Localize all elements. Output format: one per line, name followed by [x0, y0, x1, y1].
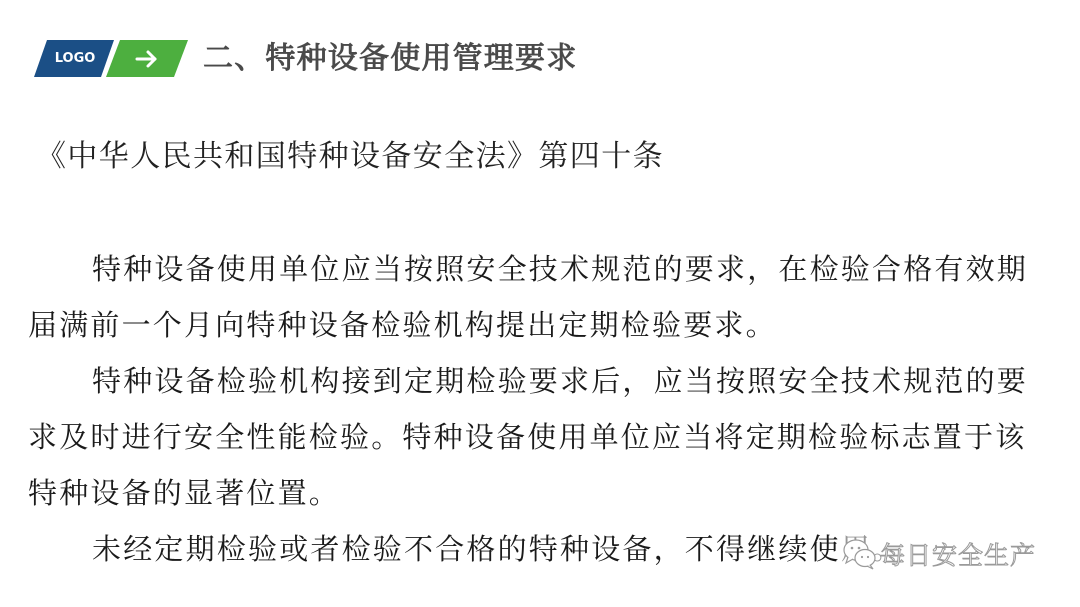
- wechat-icon: [842, 537, 878, 571]
- logo-text: LOGO: [53, 51, 96, 66]
- logo-banner: LOGO: [34, 40, 190, 77]
- law-citation: 《中华人民共和国特种设备安全法》第四十条: [36, 135, 664, 179]
- article-body: 特种设备使用单位应当按照安全技术规范的要求，在检验合格有效期届满前一个月向特种设…: [28, 241, 1048, 577]
- paragraph-2: 特种设备检验机构接到定期检验要求后，应当按照安全技术规范的要求及时进行安全性能检…: [28, 353, 1048, 521]
- section-title: 二、特种设备使用管理要求: [203, 38, 577, 80]
- paragraph-1: 特种设备使用单位应当按照安全技术规范的要求，在检验合格有效期届满前一个月向特种设…: [28, 241, 1048, 353]
- logo-badge: LOGO: [34, 40, 114, 77]
- watermark: 每日安全生产: [840, 536, 1038, 572]
- arrow-right-icon: [134, 49, 160, 69]
- watermark-text: 每日安全生产: [880, 536, 1036, 572]
- arrow-badge: [106, 40, 188, 77]
